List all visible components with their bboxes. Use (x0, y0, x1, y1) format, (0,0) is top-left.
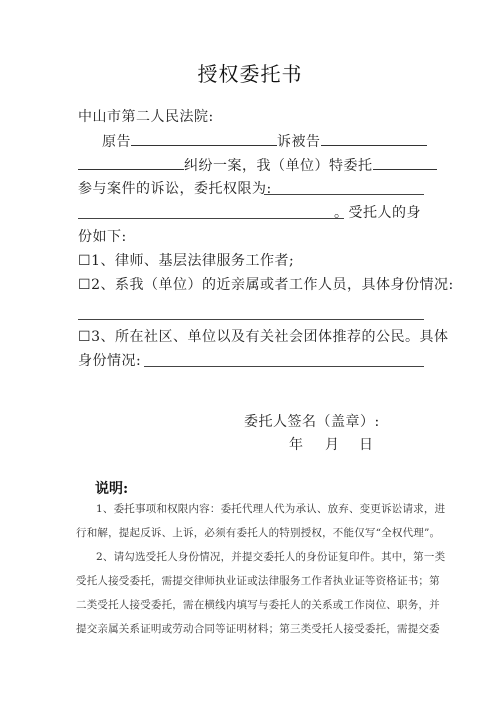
scope-blank-cont[interactable] (78, 218, 344, 219)
addressee: 中山市第二人民法院: (78, 109, 214, 125)
option-3-label: 3、所在社区、单位以及有关社会团体推荐的公民。具体 (91, 329, 448, 345)
option-1[interactable]: ☐1、律师、基层法律服务工作者; (78, 253, 294, 269)
date-month: 月 (325, 437, 340, 453)
checkbox-option-3[interactable]: ☐ (78, 329, 91, 345)
note-line: 受托人接受委托，需提交律师执业证或法律服务工作者执业证等资格证书；第 (76, 575, 440, 587)
checkbox-option-2[interactable]: ☐ (78, 277, 91, 293)
note-line: 行和解，提起反诉、上诉，必须有委托人的特别授权，不能仅写“全权代理”。 (76, 527, 440, 539)
option-3-cont: 身份情况: (78, 353, 141, 369)
note-line: 二类受托人接受委托，需在横线内填写与委托人的关系或工作岗位、职务，并 (76, 599, 440, 611)
checkbox-option-1[interactable]: ☐ (78, 253, 91, 269)
note-line: 1、委托事项和权限内容：委托代理人代为承认、放弃、变更诉讼请求，进 (96, 503, 445, 515)
defendant-blank[interactable] (321, 133, 427, 146)
option-2[interactable]: ☐2、系我（单位）的近亲属或者工作人员，具体身份情况: (78, 277, 454, 293)
identity-row-text: 。受托人的身 (334, 205, 421, 221)
case-blank[interactable] (78, 157, 184, 170)
note-line: 提交亲属关系证明或劳动合同等证明材料；第三类受托人接受委托，需提交委 (76, 623, 440, 635)
plaintiff-label: 原告 (102, 134, 131, 150)
option-3[interactable]: ☐3、所在社区、单位以及有关社会团体推荐的公民。具体 (78, 329, 448, 345)
scope-text: 参与案件的诉讼，委托权限为: (78, 181, 272, 197)
scope-row: 参与案件的诉讼，委托权限为: (78, 181, 272, 197)
dispute-text: 纠纷一案，我（单位）特委托 (184, 158, 373, 174)
option-2-blank[interactable] (78, 319, 424, 320)
notes-heading: 说明: (95, 478, 128, 498)
option-3-blank[interactable] (144, 366, 424, 367)
option-1-label: 1、律师、基层法律服务工作者; (91, 253, 294, 269)
note-line: 2、请勾选受托人身份情况，并提交委托人的身份证复印件。其中，第一类 (96, 551, 445, 563)
dispute-row: 纠纷一案，我（单位）特委托 (78, 157, 437, 174)
date-day: 日 (359, 437, 374, 453)
plaintiff-blank[interactable] (131, 133, 277, 146)
agent-blank[interactable] (373, 157, 437, 170)
defendant-label: 诉被告 (277, 134, 321, 150)
date-year: 年 (289, 437, 304, 453)
plaintiff-row: 原告诉被告 (102, 133, 427, 150)
document-title: 授权委托书 (0, 58, 500, 87)
scope-blank[interactable] (264, 194, 424, 195)
option-2-label: 2、系我（单位）的近亲属或者工作人员，具体身份情况: (91, 277, 454, 293)
identity-row-cont: 份如下: (78, 229, 127, 245)
document-page: 授权委托书 中山市第二人民法院: 原告诉被告 纠纷一案，我（单位）特委托 参与案… (0, 0, 500, 707)
signature-label: 委托人签名（盖章）: (244, 414, 380, 430)
